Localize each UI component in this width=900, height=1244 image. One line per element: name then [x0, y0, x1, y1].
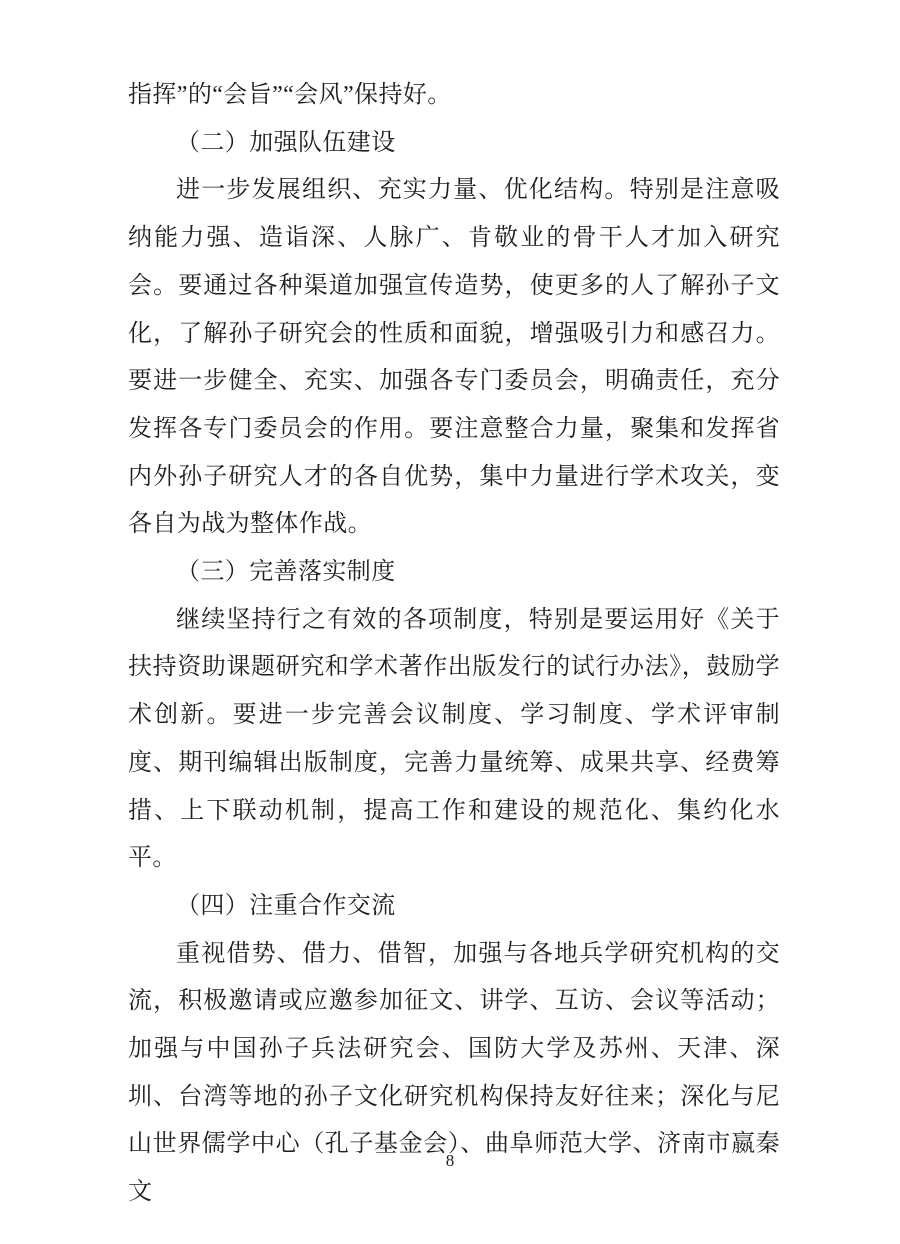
page-content: 指挥”的“会旨”“会风”保持好。 （二）加强队伍建设 进一步发展组织、充实力量、…	[128, 72, 780, 1217]
paragraph-section-4-body: 重视借势、借力、借智，加强与各地兵学研究机构的交流，积极邀请或应邀参加征文、讲学…	[128, 931, 780, 1217]
section-heading-2: （二）加强队伍建设	[128, 120, 780, 168]
paragraph-continuation: 指挥”的“会旨”“会风”保持好。	[128, 72, 780, 120]
document-page: 指挥”的“会旨”“会风”保持好。 （二）加强队伍建设 进一步发展组织、充实力量、…	[0, 0, 900, 1244]
paragraph-section-3-body: 继续坚持行之有效的各项制度，特别是要运用好《关于扶持资助课题研究和学术著作出版发…	[128, 597, 780, 883]
section-heading-4: （四）注重合作交流	[128, 883, 780, 931]
paragraph-section-2-body: 进一步发展组织、充实力量、优化结构。特别是注意吸纳能力强、造诣深、人脉广、肯敬业…	[128, 167, 780, 549]
section-heading-3: （三）完善落实制度	[128, 549, 780, 597]
page-number: 8	[0, 1150, 900, 1172]
